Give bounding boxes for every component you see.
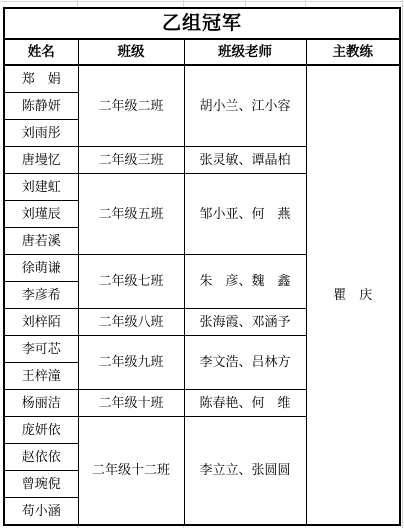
class-cell: 二年级九班 — [78, 336, 184, 390]
student-name-cell: 唐若溪 — [4, 228, 78, 255]
teachers-cell: 李文浩、吕林方 — [184, 336, 306, 390]
student-name-cell: 赵依依 — [4, 444, 78, 471]
gridline — [77, 0, 78, 7]
gridline — [402, 0, 403, 528]
table-title: 乙组冠军 — [4, 8, 400, 39]
teachers-cell: 胡小兰、江小容 — [184, 65, 306, 147]
student-name-cell: 杨丽洁 — [4, 390, 78, 417]
gridline — [245, 0, 246, 7]
student-name-cell: 郑 娟 — [4, 65, 78, 93]
teachers-cell: 陈春艳、何 维 — [184, 390, 306, 417]
teachers-cell: 张灵敏、谭晶柏 — [184, 147, 306, 174]
class-cell: 二年级三班 — [78, 147, 184, 174]
col-header-class: 班级 — [78, 39, 184, 65]
student-name-cell: 刘梓陌 — [4, 309, 78, 336]
student-name-cell: 唐墁忆 — [4, 147, 78, 174]
student-name-cell: 刘瑾辰 — [4, 201, 78, 228]
student-name-cell: 苟小涵 — [4, 498, 78, 526]
teachers-cell: 张海霞、邓涵予 — [184, 309, 306, 336]
student-name-cell: 陈静妍 — [4, 93, 78, 120]
col-header-coach: 主教练 — [306, 39, 400, 65]
teachers-cell: 邹小亚、何 燕 — [184, 174, 306, 255]
class-cell: 二年级七班 — [78, 255, 184, 309]
col-header-name: 姓名 — [4, 39, 78, 65]
gridline — [0, 1, 404, 2]
gridline — [183, 0, 184, 7]
student-name-cell: 刘建虹 — [4, 174, 78, 201]
student-name-cell: 王梓潼 — [4, 363, 78, 390]
student-name-cell: 李可芯 — [4, 336, 78, 363]
teachers-cell: 李立立、张圆圆 — [184, 417, 306, 526]
gridline — [305, 0, 306, 7]
student-name-cell: 曾琬倪 — [4, 471, 78, 498]
spreadsheet-canvas: 乙组冠军 姓名 班级 班级老师 主教练 郑 娟 二年级二班 胡小兰、江小容 瞿 … — [0, 0, 404, 528]
champion-table: 乙组冠军 姓名 班级 班级老师 主教练 郑 娟 二年级二班 胡小兰、江小容 瞿 … — [3, 7, 401, 526]
class-cell: 二年级二班 — [78, 65, 184, 147]
class-cell: 二年级五班 — [78, 174, 184, 255]
coach-cell: 瞿 庆 — [306, 65, 400, 525]
class-cell: 二年级十二班 — [78, 417, 184, 526]
student-name-cell: 庞妍依 — [4, 417, 78, 444]
col-header-teachers: 班级老师 — [184, 39, 306, 65]
teachers-cell: 朱 彦、魏 鑫 — [184, 255, 306, 309]
student-name-cell: 李彦希 — [4, 282, 78, 309]
student-name-cell: 刘雨彤 — [4, 120, 78, 147]
class-cell: 二年级八班 — [78, 309, 184, 336]
student-name-cell: 徐萌谦 — [4, 255, 78, 282]
class-cell: 二年级十班 — [78, 390, 184, 417]
